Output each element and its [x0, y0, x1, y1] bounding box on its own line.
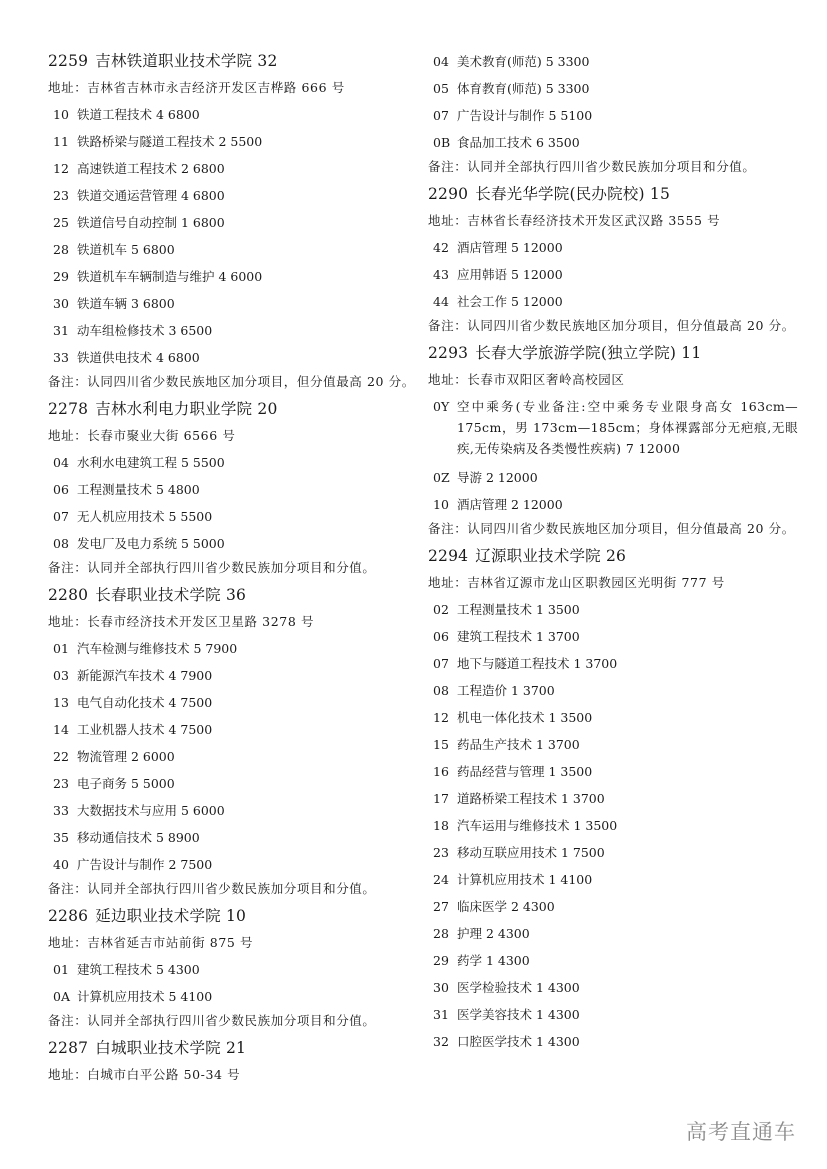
program-text: 广告设计与制作 5 5100: [457, 108, 592, 123]
program-text: 工程造价 1 3700: [457, 683, 555, 698]
program-code: 44: [433, 288, 457, 315]
program-text: 药品生产技术 1 3700: [457, 737, 580, 752]
program-text: 移动通信技术 5 8900: [77, 830, 200, 845]
program-row: 25铁道信号自动控制 1 6800: [48, 209, 418, 236]
school-name: 吉林水利电力职业学院: [95, 400, 252, 418]
program-row: 17道路桥梁工程技术 1 3700: [428, 785, 798, 812]
school-entry-2280: 2280长春职业技术学院 36 地址：长春市经济技术开发区卫星路 3278 号 …: [48, 582, 418, 903]
school-heading: 2293长春大学旅游学院(独立学院) 11: [428, 340, 798, 367]
program-row: 27临床医学 2 4300: [428, 893, 798, 920]
program-row: 42酒店管理 5 12000: [428, 234, 798, 261]
school-address: 地址：长春市聚业大街 6566 号: [48, 423, 418, 449]
program-row: 0B食品加工技术 6 3500: [428, 129, 798, 156]
program-text: 食品加工技术 6 3500: [457, 135, 580, 150]
program-row: 01建筑工程技术 5 4300: [48, 956, 418, 983]
program-code: 27: [433, 893, 457, 920]
program-row: 04美术教育(师范) 5 3300: [428, 48, 798, 75]
program-code: 02: [433, 596, 457, 623]
school-note: 备注：认同四川省少数民族地区加分项目，但分值最高 20 分。: [428, 315, 798, 340]
program-text: 建筑工程技术 5 4300: [77, 962, 200, 977]
program-code: 0B: [433, 129, 457, 156]
program-code: 18: [433, 812, 457, 839]
program-code: 12: [433, 704, 457, 731]
school-heading: 2286延边职业技术学院 10: [48, 903, 418, 930]
program-row: 12机电一体化技术 1 3500: [428, 704, 798, 731]
school-address: 地址：吉林省延吉市站前街 875 号: [48, 930, 418, 956]
program-code: 30: [433, 974, 457, 1001]
program-code: 42: [433, 234, 457, 261]
program-text: 药学 1 4300: [457, 953, 530, 968]
program-row: 33大数据技术与应用 5 6000: [48, 797, 418, 824]
school-heading: 2259吉林铁道职业技术学院 32: [48, 48, 418, 75]
program-text: 工程测量技术 1 3500: [457, 602, 580, 617]
program-row: 03新能源汽车技术 4 7900: [48, 662, 418, 689]
school-name: 长春大学旅游学院(独立学院): [475, 344, 676, 362]
program-row: 11铁路桥梁与隧道工程技术 2 5500: [48, 128, 418, 155]
program-code: 08: [433, 677, 457, 704]
school-entry-2278: 2278吉林水利电力职业学院 20 地址：长春市聚业大街 6566 号 04水利…: [48, 396, 418, 582]
program-text: 地下与隧道工程技术 1 3700: [457, 656, 617, 671]
program-text: 导游 2 12000: [457, 470, 538, 485]
school-entry-2287: 2287白城职业技术学院 21 地址：白城市白平公路 50-34 号: [48, 1035, 418, 1088]
school-note: 备注：认同并全部执行四川省少数民族加分项目和分值。: [48, 557, 418, 582]
program-code: 25: [53, 209, 77, 236]
program-text: 水利水电建筑工程 5 5500: [77, 455, 225, 470]
program-row: 30铁道车辆 3 6800: [48, 290, 418, 317]
program-code: 14: [53, 716, 77, 743]
program-row: 07广告设计与制作 5 5100: [428, 102, 798, 129]
school-address: 地址：吉林省长春经济技术开发区武汉路 3555 号: [428, 208, 798, 234]
school-name: 长春光华学院(民办院校): [475, 185, 645, 203]
program-code: 23: [53, 770, 77, 797]
school-address: 地址：吉林省辽源市龙山区职教园区光明街 777 号: [428, 570, 798, 596]
school-quota: 36: [226, 586, 246, 604]
program-row: 10铁道工程技术 4 6800: [48, 101, 418, 128]
program-text: 高速铁道工程技术 2 6800: [77, 161, 225, 176]
program-text: 医学美容技术 1 4300: [457, 1007, 580, 1022]
program-text: 工程测量技术 5 4800: [77, 482, 200, 497]
program-row: 08工程造价 1 3700: [428, 677, 798, 704]
program-code: 01: [53, 635, 77, 662]
program-code: 04: [433, 48, 457, 75]
program-code: 23: [53, 182, 77, 209]
program-row: 02工程测量技术 1 3500: [428, 596, 798, 623]
school-name: 延边职业技术学院: [95, 907, 221, 925]
program-text: 药品经营与管理 1 3500: [457, 764, 592, 779]
right-column: 04美术教育(师范) 5 3300 05体育教育(师范) 5 3300 07广告…: [428, 48, 798, 1055]
program-row: 01汽车检测与维修技术 5 7900: [48, 635, 418, 662]
program-row: 08发电厂及电力系统 5 5000: [48, 530, 418, 557]
program-text: 铁道供电技术 4 6800: [77, 350, 200, 365]
watermark-logo: 高考直通车: [686, 1116, 796, 1146]
program-row: 29铁道机车车辆制造与维护 4 6000: [48, 263, 418, 290]
program-text: 新能源汽车技术 4 7900: [77, 668, 212, 683]
program-text: 道路桥梁工程技术 1 3700: [457, 791, 605, 806]
program-code: 03: [53, 662, 77, 689]
program-row: 23电子商务 5 5000: [48, 770, 418, 797]
program-row: 40广告设计与制作 2 7500: [48, 851, 418, 878]
program-code: 06: [433, 623, 457, 650]
school-name: 白城职业技术学院: [95, 1039, 221, 1057]
school-note: 备注：认同并全部执行四川省少数民族加分项目和分值。: [48, 878, 418, 903]
program-code: 29: [433, 947, 457, 974]
school-quota: 32: [257, 52, 277, 70]
program-text: 物流管理 2 6000: [77, 749, 175, 764]
program-code: 08: [53, 530, 77, 557]
program-text: 空中乘务(专业备注:空中乘务专业限身高女 163cm—175cm，男 173cm…: [457, 396, 798, 459]
program-row: 14工业机器人技术 4 7500: [48, 716, 418, 743]
school-entry-2293: 2293长春大学旅游学院(独立学院) 11 地址：长春市双阳区奢岭高校园区 0Y…: [428, 340, 798, 543]
program-text: 工业机器人技术 4 7500: [77, 722, 212, 737]
program-text: 铁道交通运营管理 4 6800: [77, 188, 225, 203]
program-text: 体育教育(师范) 5 3300: [457, 81, 589, 96]
program-code: 23: [433, 839, 457, 866]
program-row: 16药品经营与管理 1 3500: [428, 758, 798, 785]
program-row: 32口腔医学技术 1 4300: [428, 1028, 798, 1055]
program-row: 06建筑工程技术 1 3700: [428, 623, 798, 650]
school-name: 辽源职业技术学院: [475, 547, 601, 565]
program-row: 44社会工作 5 12000: [428, 288, 798, 315]
program-code: 10: [53, 101, 77, 128]
program-text: 酒店管理 5 12000: [457, 240, 563, 255]
program-row: 31医学美容技术 1 4300: [428, 1001, 798, 1028]
program-text: 酒店管理 2 12000: [457, 497, 563, 512]
program-text: 无人机应用技术 5 5500: [77, 509, 212, 524]
program-row: 33铁道供电技术 4 6800: [48, 344, 418, 371]
program-code: 11: [53, 128, 77, 155]
program-code: 07: [53, 503, 77, 530]
program-text: 美术教育(师范) 5 3300: [457, 54, 589, 69]
program-text: 计算机应用技术 5 4100: [77, 989, 212, 1004]
program-text: 电气自动化技术 4 7500: [77, 695, 212, 710]
program-code: 29: [53, 263, 77, 290]
school-code: 2286: [48, 907, 88, 925]
program-code: 22: [53, 743, 77, 770]
program-row: 22物流管理 2 6000: [48, 743, 418, 770]
school-quota: 26: [606, 547, 626, 565]
program-text: 护理 2 4300: [457, 926, 530, 941]
program-row: 28铁道机车 5 6800: [48, 236, 418, 263]
program-row: 18汽车运用与维修技术 1 3500: [428, 812, 798, 839]
program-row: 43应用韩语 5 12000: [428, 261, 798, 288]
school-quota: 21: [226, 1039, 246, 1057]
program-code: 28: [433, 920, 457, 947]
program-text: 移动互联应用技术 1 7500: [457, 845, 605, 860]
school-note: 备注：认同四川省少数民族地区加分项目，但分值最高 20 分。: [428, 518, 798, 543]
program-code: 33: [53, 797, 77, 824]
program-code: 28: [53, 236, 77, 263]
school-quota: 11: [681, 344, 701, 362]
program-code: 13: [53, 689, 77, 716]
school-code: 2278: [48, 400, 88, 418]
school-heading: 2278吉林水利电力职业学院 20: [48, 396, 418, 423]
program-code: 17: [433, 785, 457, 812]
school-quota: 15: [650, 185, 670, 203]
school-address: 地址：吉林省吉林市永吉经济开发区吉桦路 666 号: [48, 75, 418, 101]
program-text: 社会工作 5 12000: [457, 294, 563, 309]
school-entry-2290: 2290长春光华学院(民办院校) 15 地址：吉林省长春经济技术开发区武汉路 3…: [428, 181, 798, 340]
program-row: 0Z导游 2 12000: [428, 464, 798, 491]
program-code: 31: [433, 1001, 457, 1028]
program-text: 应用韩语 5 12000: [457, 267, 563, 282]
school-heading: 2290长春光华学院(民办院校) 15: [428, 181, 798, 208]
program-text: 广告设计与制作 2 7500: [77, 857, 212, 872]
program-row: 05体育教育(师范) 5 3300: [428, 75, 798, 102]
program-row: 29药学 1 4300: [428, 947, 798, 974]
program-text: 铁道工程技术 4 6800: [77, 107, 200, 122]
school-heading: 2287白城职业技术学院 21: [48, 1035, 418, 1062]
program-text: 计算机应用技术 1 4100: [457, 872, 592, 887]
school-quota: 10: [226, 907, 246, 925]
program-code: 33: [53, 344, 77, 371]
school-code: 2287: [48, 1039, 88, 1057]
program-text: 建筑工程技术 1 3700: [457, 629, 580, 644]
program-code: 15: [433, 731, 457, 758]
program-code: 05: [433, 75, 457, 102]
program-row: 31动车组检修技术 3 6500: [48, 317, 418, 344]
program-code: 32: [433, 1028, 457, 1055]
program-code: 35: [53, 824, 77, 851]
program-row: 13电气自动化技术 4 7500: [48, 689, 418, 716]
program-code: 07: [433, 102, 457, 129]
school-note: 备注：认同四川省少数民族地区加分项目，但分值最高 20 分。: [48, 371, 418, 396]
school-address: 地址：长春市经济技术开发区卫星路 3278 号: [48, 609, 418, 635]
program-code: 12: [53, 155, 77, 182]
program-text: 大数据技术与应用 5 6000: [77, 803, 225, 818]
program-text: 铁道信号自动控制 1 6800: [77, 215, 225, 230]
school-quota: 20: [257, 400, 277, 418]
program-code: 07: [433, 650, 457, 677]
program-row: 15药品生产技术 1 3700: [428, 731, 798, 758]
program-code: 10: [433, 491, 457, 518]
program-row: 07无人机应用技术 5 5500: [48, 503, 418, 530]
school-code: 2290: [428, 185, 468, 203]
program-row: 12高速铁道工程技术 2 6800: [48, 155, 418, 182]
program-text: 汽车检测与维修技术 5 7900: [77, 641, 237, 656]
program-row: 07地下与隧道工程技术 1 3700: [428, 650, 798, 677]
program-code: 40: [53, 851, 77, 878]
program-text: 电子商务 5 5000: [77, 776, 175, 791]
school-entry-2294: 2294辽源职业技术学院 26 地址：吉林省辽源市龙山区职教园区光明街 777 …: [428, 543, 798, 1055]
program-code: 01: [53, 956, 77, 983]
left-column: 2259吉林铁道职业技术学院 32 地址：吉林省吉林市永吉经济开发区吉桦路 66…: [48, 48, 418, 1088]
school-entry-2286: 2286延边职业技术学院 10 地址：吉林省延吉市站前街 875 号 01建筑工…: [48, 903, 418, 1035]
program-text: 口腔医学技术 1 4300: [457, 1034, 580, 1049]
program-text: 临床医学 2 4300: [457, 899, 555, 914]
school-name: 长春职业技术学院: [95, 586, 221, 604]
school-code: 2259: [48, 52, 88, 70]
program-text: 汽车运用与维修技术 1 3500: [457, 818, 617, 833]
program-code: 30: [53, 290, 77, 317]
school-address: 地址：长春市双阳区奢岭高校园区: [428, 367, 798, 393]
school-heading: 2280长春职业技术学院 36: [48, 582, 418, 609]
program-row: 0Y空中乘务(专业备注:空中乘务专业限身高女 163cm—175cm，男 173…: [428, 393, 798, 464]
program-row: 10酒店管理 2 12000: [428, 491, 798, 518]
school-code: 2280: [48, 586, 88, 604]
school-note: 备注：认同并全部执行四川省少数民族加分项目和分值。: [428, 156, 798, 181]
program-code: 16: [433, 758, 457, 785]
school-note: 备注：认同并全部执行四川省少数民族加分项目和分值。: [48, 1010, 418, 1035]
program-code: 0Z: [433, 464, 457, 491]
program-code: 24: [433, 866, 457, 893]
school-code: 2294: [428, 547, 468, 565]
program-text: 铁道机车车辆制造与维护 4 6000: [77, 269, 262, 284]
program-row: 06工程测量技术 5 4800: [48, 476, 418, 503]
program-text: 铁道机车 5 6800: [77, 242, 175, 257]
program-code: 0Y: [433, 396, 457, 459]
school-entry-2287-continued: 04美术教育(师范) 5 3300 05体育教育(师范) 5 3300 07广告…: [428, 48, 798, 181]
program-row: 24计算机应用技术 1 4100: [428, 866, 798, 893]
school-entry-2259: 2259吉林铁道职业技术学院 32 地址：吉林省吉林市永吉经济开发区吉桦路 66…: [48, 48, 418, 396]
school-heading: 2294辽源职业技术学院 26: [428, 543, 798, 570]
program-text: 铁路桥梁与隧道工程技术 2 5500: [77, 134, 262, 149]
program-text: 动车组检修技术 3 6500: [77, 323, 212, 338]
program-text: 医学检验技术 1 4300: [457, 980, 580, 995]
program-code: 31: [53, 317, 77, 344]
program-code: 06: [53, 476, 77, 503]
program-row: 35移动通信技术 5 8900: [48, 824, 418, 851]
program-text: 发电厂及电力系统 5 5000: [77, 536, 225, 551]
program-text: 铁道车辆 3 6800: [77, 296, 175, 311]
program-row: 30医学检验技术 1 4300: [428, 974, 798, 1001]
school-name: 吉林铁道职业技术学院: [95, 52, 252, 70]
program-code: 04: [53, 449, 77, 476]
program-row: 28护理 2 4300: [428, 920, 798, 947]
school-code: 2293: [428, 344, 468, 362]
program-row: 23铁道交通运营管理 4 6800: [48, 182, 418, 209]
program-row: 23移动互联应用技术 1 7500: [428, 839, 798, 866]
program-row: 04水利水电建筑工程 5 5500: [48, 449, 418, 476]
program-text: 机电一体化技术 1 3500: [457, 710, 592, 725]
program-code: 43: [433, 261, 457, 288]
program-row: 0A计算机应用技术 5 4100: [48, 983, 418, 1010]
program-code: 0A: [53, 983, 77, 1010]
school-address: 地址：白城市白平公路 50-34 号: [48, 1062, 418, 1088]
